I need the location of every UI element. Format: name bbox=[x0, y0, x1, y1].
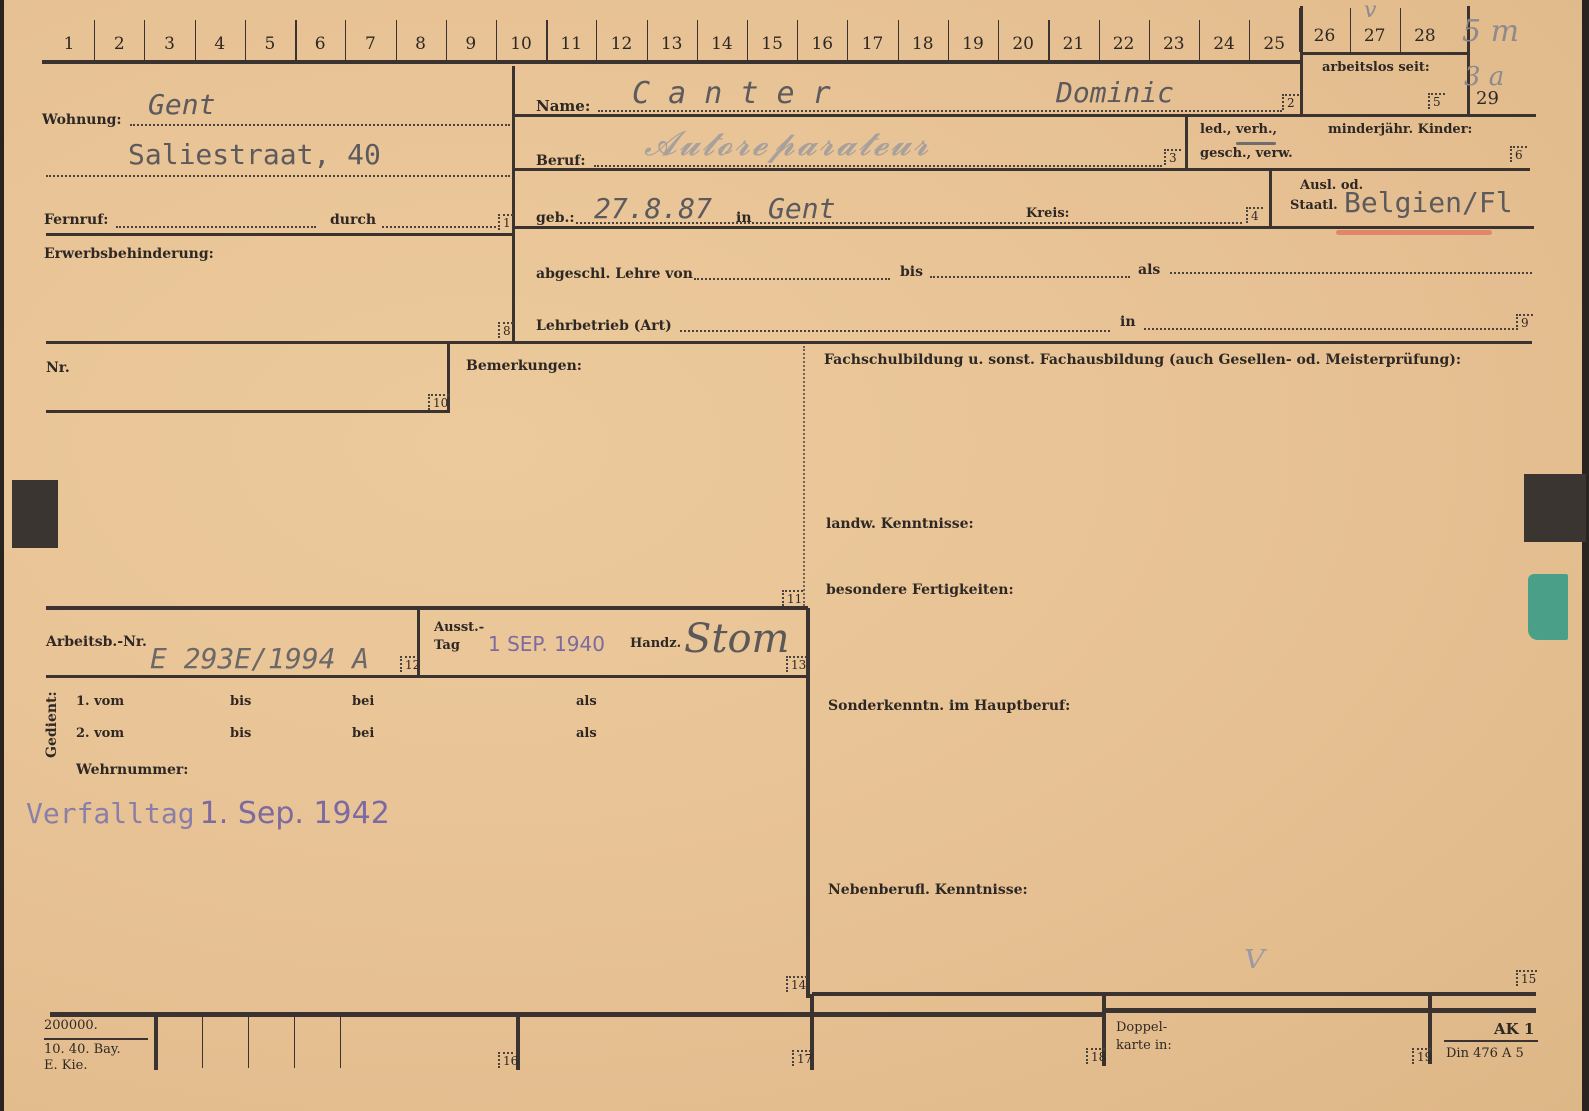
field-9: 9 bbox=[1516, 314, 1533, 330]
column-divider bbox=[94, 20, 95, 60]
gedient-side-label: Gedient: bbox=[44, 698, 60, 758]
familienstand-line2: gesch., verw. bbox=[1200, 146, 1293, 161]
column-divider bbox=[1350, 8, 1351, 52]
column-divider bbox=[1149, 20, 1150, 60]
din-code: Din 476 A 5 bbox=[1446, 1046, 1524, 1061]
column-divider bbox=[295, 20, 297, 60]
column-number: 15 bbox=[752, 34, 792, 54]
column-number: 9 bbox=[451, 34, 491, 54]
gedient-vom-label: 2. vom bbox=[76, 726, 124, 741]
name-given[interactable]: Dominic bbox=[1056, 76, 1174, 109]
gedient-bis-label: bis bbox=[230, 726, 251, 741]
green-ink-mark bbox=[1528, 574, 1568, 640]
verh-underline-mark bbox=[1236, 142, 1276, 145]
column-number: 23 bbox=[1154, 34, 1194, 54]
column-number: 19 bbox=[953, 34, 993, 54]
pencil-mark-5m: 5 m bbox=[1462, 14, 1519, 49]
gedient-als-label: als bbox=[576, 726, 597, 741]
column-number: 11 bbox=[551, 34, 591, 54]
geb-label: geb.: bbox=[536, 210, 575, 226]
wohnung-city[interactable]: Gent bbox=[148, 88, 215, 121]
column-number: 18 bbox=[903, 34, 943, 54]
column-divider bbox=[1199, 20, 1200, 60]
lehrbetrieb-label: Lehrbetrieb (Art) bbox=[536, 318, 672, 334]
field-10: 10 bbox=[428, 394, 449, 410]
column-divider bbox=[1048, 20, 1050, 60]
ausst-label-2: Tag bbox=[434, 638, 460, 653]
pencil-check-footer: ⱽ bbox=[1244, 940, 1265, 994]
fernruf-label: Fernruf: bbox=[44, 212, 108, 228]
column-divider bbox=[345, 20, 346, 60]
column-number: 27 bbox=[1355, 26, 1395, 46]
column-number: 1 bbox=[49, 34, 89, 54]
field-3: 3 bbox=[1164, 149, 1181, 165]
lehrbetrieb-in-label: in bbox=[1120, 314, 1136, 330]
lehre-label: abgeschl. Lehre von bbox=[536, 266, 693, 282]
column-divider bbox=[496, 20, 497, 60]
column-divider bbox=[1299, 8, 1301, 52]
field-11: 11 bbox=[782, 590, 803, 606]
column-divider bbox=[948, 20, 949, 60]
geb-place[interactable]: Gent bbox=[768, 192, 835, 225]
field-15: 15 bbox=[1516, 970, 1537, 986]
column-number: 16 bbox=[802, 34, 842, 54]
doppelkarte-line-2: karte in: bbox=[1116, 1038, 1172, 1053]
index-card: v arbeitslos seit: 5 5 m 3 a 29 Wohnung:… bbox=[4, 0, 1582, 1111]
field-18: 18 bbox=[1086, 1048, 1105, 1064]
column-number: 28 bbox=[1405, 26, 1445, 46]
field-13: 13 bbox=[786, 656, 807, 672]
name-label: Name: bbox=[536, 97, 590, 115]
field-5: 5 bbox=[1428, 93, 1445, 109]
column-number: 7 bbox=[350, 34, 390, 54]
durch-label: durch bbox=[330, 212, 376, 228]
ausl-label-2: Staatl. bbox=[1290, 198, 1338, 213]
handz-label: Handz. bbox=[630, 636, 681, 651]
column-number: 5 bbox=[250, 34, 290, 54]
field-16: 16 bbox=[498, 1052, 513, 1068]
arbeitsbuch-label: Arbeitsb.-Nr. bbox=[46, 634, 147, 650]
column-divider bbox=[596, 20, 597, 60]
arbeitsbuch-number[interactable]: E 293E/1994 A bbox=[150, 642, 369, 675]
bemerkungen-label: Bemerkungen: bbox=[466, 358, 582, 374]
print-line-2: 10. 40. Bay. bbox=[44, 1042, 121, 1057]
field-4: 4 bbox=[1246, 207, 1263, 223]
kreis-label: Kreis: bbox=[1026, 206, 1069, 221]
beruf-handwritten[interactable]: 𝓐𝓾𝓽𝓸𝓻𝓮𝓹𝓪𝓻𝓪𝓽𝓮𝓾𝓻 bbox=[644, 124, 931, 164]
name-surname[interactable]: C a n t e r bbox=[632, 76, 831, 111]
column-number: 13 bbox=[652, 34, 692, 54]
ausst-label-1: Ausst.- bbox=[434, 620, 484, 635]
verfalltag-prefix: Verfalltag bbox=[26, 797, 195, 830]
field-8: 8 bbox=[498, 322, 513, 338]
verfalltag-stamp: Verfalltag 1. Sep. 1942 bbox=[26, 796, 390, 831]
sonderkenntn-label: Sonderkenntn. im Hauptberuf: bbox=[828, 698, 1070, 714]
column-divider bbox=[446, 20, 447, 60]
doppelkarte-line-1: Doppel- bbox=[1116, 1020, 1167, 1035]
field-1: 1 bbox=[498, 214, 513, 230]
column-divider bbox=[898, 20, 899, 60]
pencil-check-mark: v bbox=[1364, 0, 1376, 23]
kinder-label: minderjähr. Kinder: bbox=[1328, 122, 1472, 137]
lehre-bis-label: bis bbox=[900, 264, 923, 280]
column-number: 24 bbox=[1204, 34, 1244, 54]
form-code: AK 1 bbox=[1494, 1020, 1534, 1038]
column-divider bbox=[797, 20, 798, 60]
ruler-bottom-line bbox=[42, 60, 1300, 64]
column-divider bbox=[144, 20, 145, 60]
lehre-als-label: als bbox=[1138, 262, 1160, 278]
column-divider bbox=[847, 20, 848, 60]
ausst-date-stamp: 1 SEP. 1940 bbox=[488, 632, 605, 656]
column-number: 26 bbox=[1304, 26, 1344, 46]
print-line-1: 200000. bbox=[44, 1018, 98, 1033]
landw-label: landw. Kenntnisse: bbox=[826, 516, 974, 532]
column-divider bbox=[245, 20, 246, 60]
wohnung-street[interactable]: Saliestraat, 40 bbox=[128, 138, 381, 171]
nr-label: Nr. bbox=[46, 360, 70, 376]
column-divider bbox=[647, 20, 648, 60]
red-underline-mark bbox=[1336, 230, 1492, 235]
geb-date[interactable]: 27.8.87 bbox=[594, 192, 712, 225]
column-divider bbox=[195, 20, 196, 60]
column-number: 2 bbox=[99, 34, 139, 54]
gedient-vom-label: 1. vom bbox=[76, 694, 124, 709]
staatsangehoerigkeit-value[interactable]: Belgien/Fl bbox=[1344, 186, 1513, 219]
geb-in-label: in bbox=[736, 210, 752, 226]
field-6: 6 bbox=[1510, 146, 1527, 162]
gedient-bei-label: bei bbox=[352, 694, 374, 709]
column-divider bbox=[998, 20, 999, 60]
column-divider bbox=[747, 20, 748, 60]
column-number: 21 bbox=[1053, 34, 1093, 54]
gedient-bis-label: bis bbox=[230, 694, 251, 709]
nebenberufl-label: Nebenberufl. Kenntnisse: bbox=[828, 882, 1028, 898]
column-number: 20 bbox=[1003, 34, 1043, 54]
column-number: 12 bbox=[601, 34, 641, 54]
column-number: 17 bbox=[853, 34, 893, 54]
field-19: 19 bbox=[1412, 1048, 1431, 1064]
fertigkeiten-label: besondere Fertigkeiten: bbox=[826, 582, 1014, 598]
gedient-bei-label: bei bbox=[352, 726, 374, 741]
column-divider bbox=[1249, 20, 1250, 60]
column-divider bbox=[546, 20, 548, 60]
arbeitslos-label: arbeitslos seit: bbox=[1322, 60, 1430, 75]
gedient-als-label: als bbox=[576, 694, 597, 709]
column-number: 14 bbox=[702, 34, 742, 54]
field-29: 29 bbox=[1476, 88, 1499, 109]
left-index-tab bbox=[12, 480, 58, 548]
column-divider bbox=[697, 20, 698, 60]
print-line-3: E. Kie. bbox=[44, 1058, 87, 1073]
column-divider bbox=[396, 20, 397, 60]
column-divider bbox=[1400, 8, 1401, 52]
signature: Stom bbox=[684, 616, 790, 662]
wohnung-label: Wohnung: bbox=[42, 112, 122, 128]
column-number: 6 bbox=[300, 34, 340, 54]
familienstand-line1: led., verh., bbox=[1200, 122, 1277, 137]
column-number: 8 bbox=[401, 34, 441, 54]
erwerbsbehinderung-label: Erwerbsbehinderung: bbox=[44, 246, 214, 262]
column-number: 22 bbox=[1104, 34, 1144, 54]
column-divider bbox=[1099, 20, 1100, 60]
column-number: 3 bbox=[150, 34, 190, 54]
fachschul-label: Fachschulbildung u. sonst. Fachausbildun… bbox=[824, 352, 1461, 368]
field-2: 2 bbox=[1282, 94, 1299, 110]
field-14: 14 bbox=[786, 976, 807, 992]
column-number: 4 bbox=[200, 34, 240, 54]
column-number: 10 bbox=[501, 34, 541, 54]
column-number: 25 bbox=[1254, 34, 1294, 54]
wehrnummer-label: Wehrnummer: bbox=[76, 762, 188, 778]
right-index-tab bbox=[1524, 474, 1586, 542]
field-17: 17 bbox=[792, 1050, 811, 1066]
beruf-label: Beruf: bbox=[536, 153, 586, 169]
verfalltag-date: 1. Sep. 1942 bbox=[200, 796, 390, 831]
